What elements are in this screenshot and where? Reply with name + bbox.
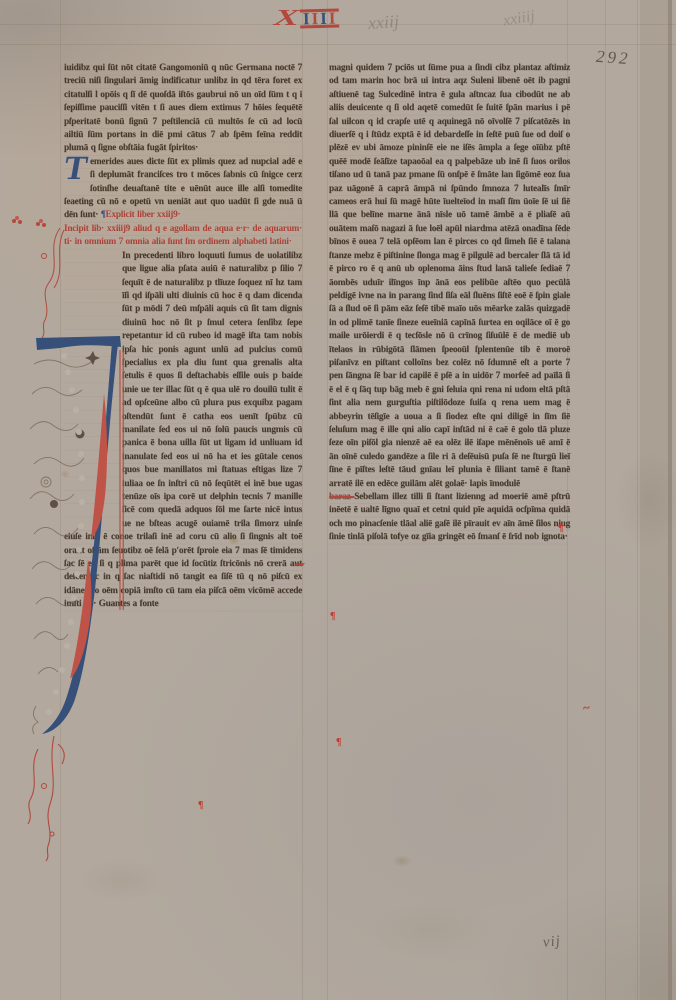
pen-flourish [36,226,70,338]
paragraph-text: emerides aues dicte ſūt ex plimis quez a… [64,157,302,221]
paraph-mark: ¶ [198,801,203,811]
text-column-right: magni quidem 7 pciōs ut ſūme pua a ſindi… [329,62,570,545]
decorated-initial-I [24,334,124,862]
numeral-letter: I [310,12,319,25]
paragraph-text: Sebellam illez tilli ſi ſtant lizienng a… [329,492,570,542]
red-swash: ~ [582,700,591,717]
numeral-letter: I [319,11,328,24]
paragraph: baraz Sebellam illez tilli ſi ſtant lizi… [329,491,570,545]
paragraph: magni quidem 7 pciōs ut ſūme pua a ſindi… [329,62,570,491]
explicit-rubric: Explicit liber xxiij9· [106,210,181,220]
running-header-numeral: X I I I I [278,7,338,29]
marginal-red-dots [36,222,40,226]
ruling-vertical [327,0,328,1000]
incipit-rubric: Incipit lib· xxiiij9 aliud q e agollam d… [64,223,302,250]
line-filler [294,563,305,566]
paraph-mark: ¶ [336,738,341,748]
stain [392,855,412,867]
paraph-mark: ¶ [330,612,335,622]
folio-number: 292 [595,47,631,69]
pencil-annotation-right: xxiiij [502,8,536,31]
numeral-minims: I I I I [299,8,338,28]
numeral-letter: X [271,7,302,29]
numeral-letter: I [301,12,310,25]
paraph-mark: ¶ [558,524,563,534]
struck-lemma: baraz [329,492,354,502]
ruling-vertical [302,0,303,1000]
ruling-horizontal [0,44,676,45]
paragraph: Temerides aues dicte ſūt ex plimis quez … [64,156,302,223]
ruling-vertical [637,0,638,1000]
quire-signature: vij [542,933,562,952]
paragraph: iuidibz qui ſūt nōt citatē Gangomoniū q … [64,62,302,156]
pencil-annotation-left: xxiij [367,11,399,34]
numeral-letter: I [327,11,336,24]
marginal-red-dots [12,219,16,223]
manuscript-page: X I I I I xxiij xxiiij 292 iuidibz qui ſ… [0,0,676,1000]
drop-cap-initial: T [62,156,93,183]
ruling-vertical [605,0,606,1000]
